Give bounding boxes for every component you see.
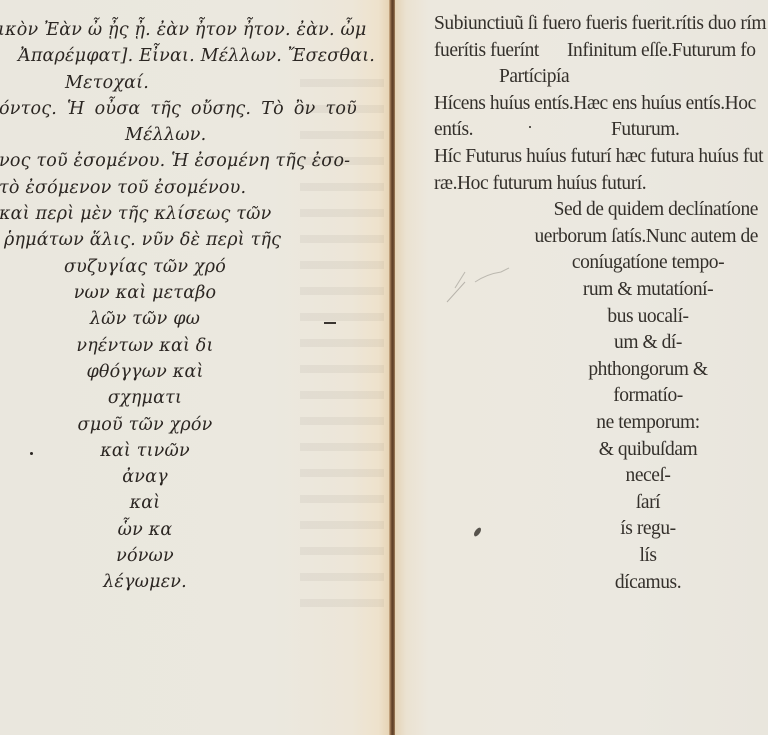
latin-text-line: entís.: [434, 117, 473, 143]
latin-funnel-line: formatío-: [498, 383, 768, 409]
latin-funnel-line: ís regu-: [498, 516, 768, 542]
ink-dot-mark: [30, 452, 33, 455]
greek-funnel-line: συζυγίας τῶν χρό: [0, 254, 295, 280]
latin-funnel-line: ſarí: [498, 490, 768, 516]
latin-funnel-line: um & dí-: [498, 330, 768, 356]
pencil-scribble-mark: [435, 262, 515, 307]
latin-funnel-line: uerborum ſatís.Nunc autem de: [458, 224, 758, 250]
greek-funnel-line: νηέντων καὶ δι: [0, 333, 295, 359]
ink-spot-mark: [473, 526, 483, 537]
latin-funnel-line: rum & mutatíoní-: [498, 277, 768, 303]
greek-funnel-line: καὶ τινῶν: [0, 438, 295, 464]
latin-text-line: Subiunctiuũ ſi fuero fueris fuerit.rítis…: [434, 11, 766, 37]
latin-funnel-line: bus uocalí-: [498, 304, 768, 330]
greek-funnel-line: καὶ: [0, 490, 295, 516]
ink-dot-mark: [529, 126, 531, 128]
left-page: ικὸν Ἐὰν ὦ ᾖς ᾖ. ἐὰν ἦτον ἦτον. ἐὰν. ὦμ …: [0, 0, 390, 735]
latin-funnel-line: coníugatíone tempo-: [498, 250, 768, 276]
latin-text-line: fuerítis fuerínt: [434, 38, 539, 64]
ink-dash-mark: [324, 322, 336, 324]
book-spread: ικὸν Ἐὰν ὦ ᾖς ᾖ. ἐὰν ἦτον ἦτον. ἐὰν. ὦμ …: [0, 0, 768, 735]
greek-heading-future: Μέλλων.: [125, 122, 206, 148]
greek-funnel-line: νόνων: [0, 543, 295, 569]
latin-text-line: Infinitum eſſe.Futurum fo: [567, 38, 756, 64]
latin-text-line: Hícens huíus entís.Hæc ens huíus entís.H…: [434, 91, 756, 117]
latin-heading-participia: Partícipía: [499, 64, 569, 90]
latin-funnel-line: Sed de quidem declínatíone: [458, 197, 758, 223]
latin-text-line: Híc Futurus huíus futurí hæc futura huíu…: [434, 144, 763, 170]
greek-text-line: καὶ περὶ μὲν τῆς κλίσεως τῶν: [0, 201, 271, 227]
latin-funnel-line: ne temporum:: [498, 410, 768, 436]
greek-text-line: ικὸν Ἐὰν ὦ ᾖς ᾖ. ἐὰν ἦτον ἦτον. ἐὰν. ὦμ: [0, 17, 348, 43]
latin-heading-futurum: Futurum.: [611, 117, 679, 143]
greek-funnel-line: λέγωμεν.: [0, 569, 295, 595]
greek-funnel-line: νων καὶ μεταβο: [0, 280, 295, 306]
greek-text-line: νος τοῦ ἐσομένου. Ἡ ἐσομένη τῆς ἐσο-: [0, 148, 349, 174]
greek-funnel-line: σχηματι: [0, 385, 295, 411]
latin-funnel-line: neceſ-: [498, 463, 768, 489]
greek-funnel-line: ἀναγ: [0, 464, 295, 490]
latin-funnel-line: lís: [498, 543, 768, 569]
latin-funnel-line: & quibuſdam: [498, 437, 768, 463]
greek-text-line: Ἀπαρέμφατ]. Εἶναι. Μέλλων. Ἔσεσθαι.: [18, 43, 352, 69]
right-page: Subiunctiuũ ſi fuero fueris fuerit.rítis…: [395, 0, 768, 735]
greek-funnel-line: φθόγγων καὶ: [0, 359, 295, 385]
greek-text-line: τὸ ἐσόμενον τοῦ ἐσομένου.: [0, 175, 246, 201]
latin-funnel-line: phthongorum &: [498, 357, 768, 383]
latin-text-line: ræ.Hoc futurum huíus futurí.: [434, 171, 646, 197]
greek-text-line: ῥημάτων ἅλις. νῦν δὲ περὶ τῆς: [4, 227, 281, 253]
greek-funnel-line: λῶν τῶν φω: [0, 306, 295, 332]
greek-funnel-line: ὧν κα: [0, 517, 295, 543]
greek-funnel-line: σμοῦ τῶν χρόν: [0, 412, 295, 438]
greek-text-line: όντος. Ἡ οὖσα τῆς οὔσης. Τὸ ὂν τοῦ: [0, 96, 357, 122]
greek-heading-participles: Μετοχαί.: [65, 70, 149, 96]
latin-funnel-line: dícamus.: [498, 570, 768, 596]
